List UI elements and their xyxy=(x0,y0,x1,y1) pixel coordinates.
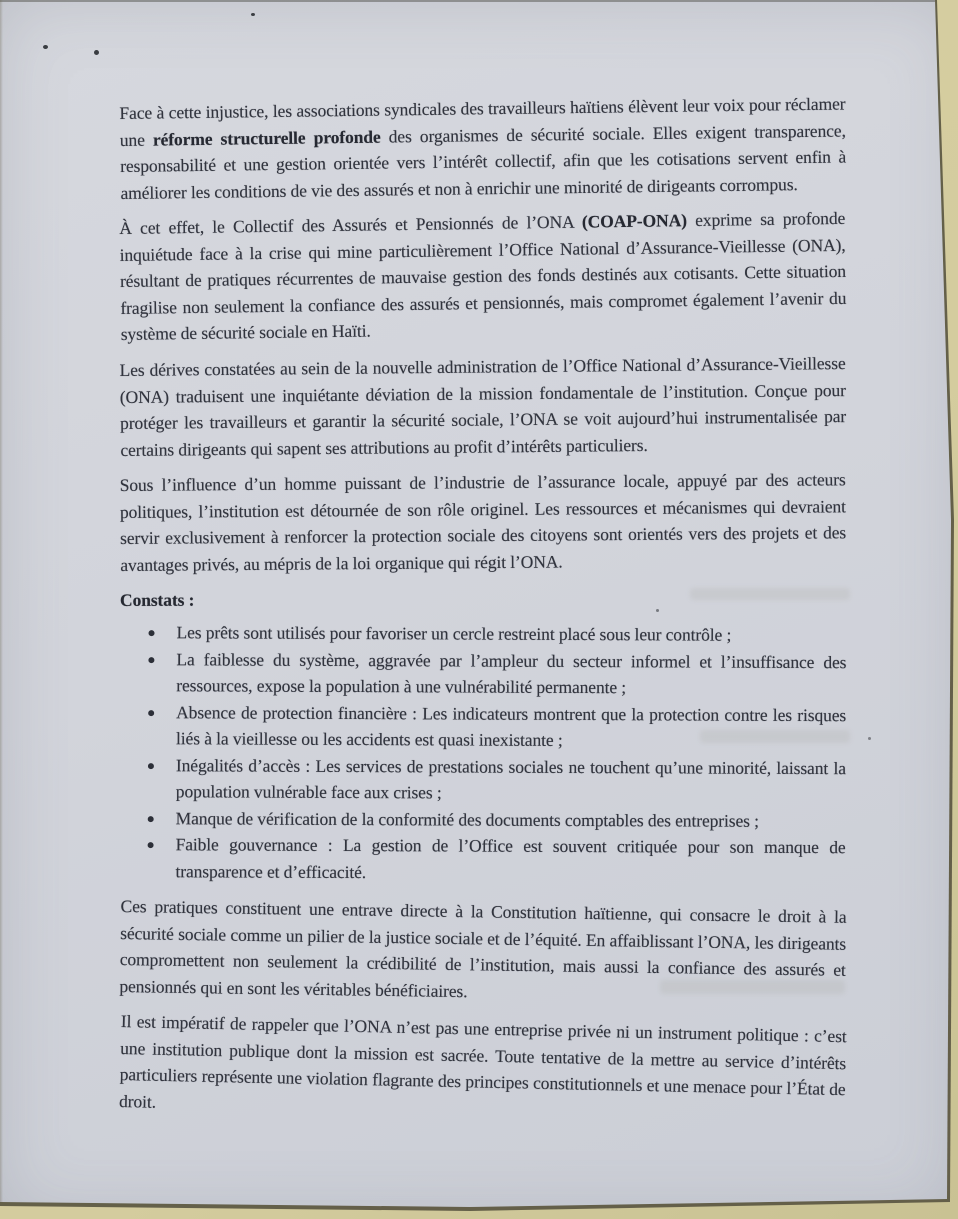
ink-speck xyxy=(94,50,99,55)
bullet-dot-icon xyxy=(148,763,154,769)
list-item: Inégalités d’accès : Les services de pre… xyxy=(120,752,846,808)
bullet-dot-icon xyxy=(148,842,154,848)
paragraph: Ces pratiques constituent une entrave di… xyxy=(119,893,846,1010)
scanned-document-photo: Face à cette injustice, les associations… xyxy=(0,0,958,1219)
paragraph: Il est impératif de rappeler que l’ONA n… xyxy=(119,1008,847,1129)
bullet-dot-icon xyxy=(148,816,154,822)
ink-speck xyxy=(868,737,871,740)
bullet-dot-icon xyxy=(148,657,154,663)
paragraph: Sous l’influence d’un homme puissant de … xyxy=(120,466,847,578)
list-item-text: Les prêts sont utilisés pour favoriser u… xyxy=(176,622,731,644)
list-item: Les prêts sont utilisés pour favoriser u… xyxy=(120,619,846,649)
list-item: Faible gouvernance : La gestion de l’Off… xyxy=(119,831,845,887)
paragraph: Les dérives constatées au sein de la nou… xyxy=(119,350,846,463)
list-item-text: La faiblesse du système, aggravée par l’… xyxy=(176,649,846,697)
document-body: Face à cette injustice, les associations… xyxy=(120,100,846,1123)
list-item: Manque de vérification de la conformité … xyxy=(120,804,846,834)
paragraph: Face à cette injustice, les associations… xyxy=(119,91,846,206)
list-item-text: Manque de vérification de la conformité … xyxy=(176,808,759,831)
constats-heading: Constats : xyxy=(120,583,846,613)
paragraph: À cet effet, le Collectif des Assurés et… xyxy=(119,205,847,348)
ink-speck xyxy=(43,45,48,49)
list-item-text: Faible gouvernance : La gestion de l’Off… xyxy=(175,834,845,881)
document-page: Face à cette injustice, les associations… xyxy=(0,0,958,1219)
ink-speck xyxy=(251,13,255,16)
bullet-dot-icon xyxy=(149,630,155,636)
photo-left-edge xyxy=(0,0,3,1203)
list-item-text: Absence de protection financière : Les i… xyxy=(176,702,846,750)
ink-speck xyxy=(656,609,659,612)
list-item: La faiblesse du système, aggravée par l’… xyxy=(120,646,846,702)
photo-top-edge xyxy=(0,0,944,2)
bullet-dot-icon xyxy=(148,710,154,716)
constats-list: Les prêts sont utilisés pour favoriser u… xyxy=(119,619,846,887)
list-item-text: Inégalités d’accès : Les services de pre… xyxy=(176,755,846,803)
list-item: Absence de protection financière : Les i… xyxy=(120,699,846,755)
